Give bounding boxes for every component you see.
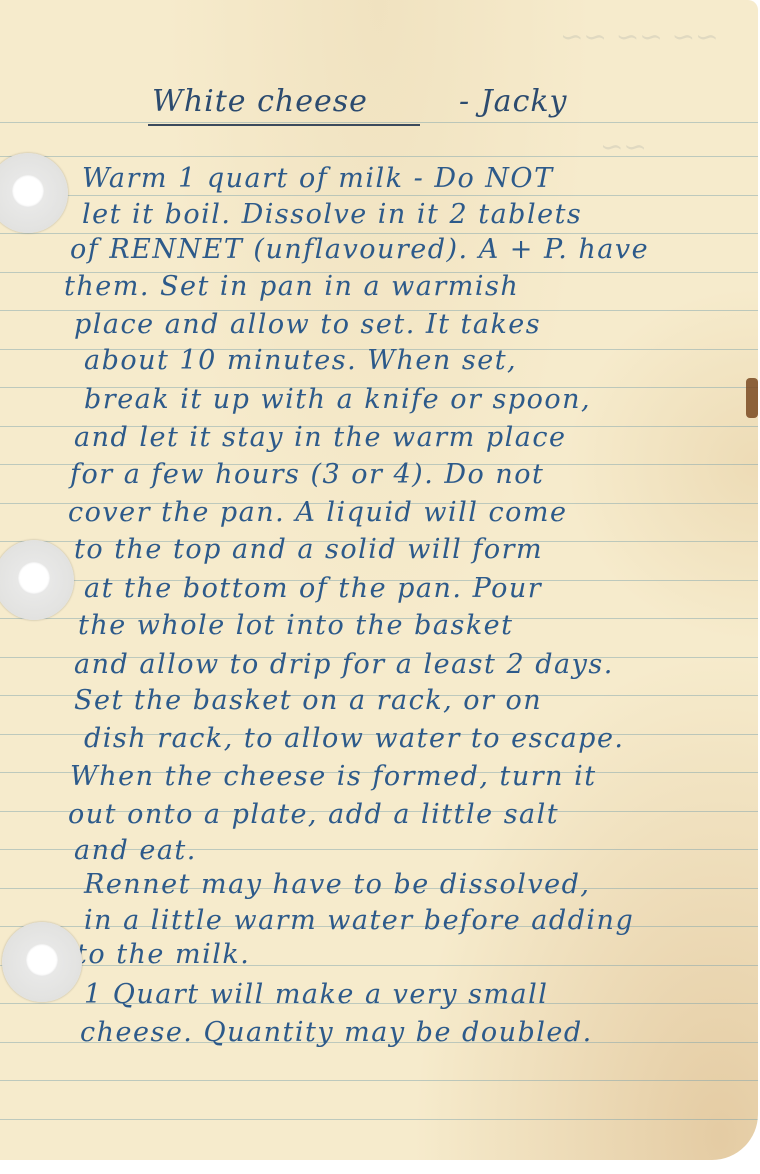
recipe-line: the whole lot into the basket [78, 611, 758, 641]
recipe-line: at the bottom of the pan. Pour [84, 574, 758, 604]
bleed-through-text: ~~ [600, 130, 647, 163]
recipe-line: Warm 1 quart of milk - Do NOT [82, 164, 758, 194]
stain-mark [746, 378, 758, 418]
recipe-line: them. Set in pan in a warmish [64, 272, 744, 302]
recipe-line: Rennet may have to be dissolved, [84, 870, 758, 900]
recipe-line: dish rack, to allow water to escape. [84, 724, 758, 754]
punch-hole [18, 562, 50, 594]
punch-hole [26, 944, 58, 976]
recipe-line: to the milk. [76, 940, 756, 970]
recipe-line: break it up with a knife or spoon, [84, 385, 758, 415]
ruled-line [0, 122, 758, 123]
recipe-line: about 10 minutes. When set, [84, 346, 758, 376]
title-underline [148, 124, 420, 126]
bleed-through-text: ~~ ~~ ~~ [560, 20, 719, 53]
recipe-line: and let it stay in the warm place [74, 423, 754, 453]
punch-hole [12, 175, 44, 207]
recipe-line: of RENNET (unflavoured). A + P. have [70, 235, 750, 265]
recipe-title-row: White cheese - Jacky [152, 84, 612, 119]
recipe-line: in a little warm water before adding [84, 906, 758, 936]
recipe-author: - Jacky [459, 84, 568, 119]
recipe-title: White cheese [152, 84, 368, 119]
recipe-line: cheese. Quantity may be doubled. [80, 1018, 758, 1048]
recipe-line: for a few hours (3 or 4). Do not [70, 460, 750, 490]
recipe-line: Set the basket on a rack, or on [74, 686, 754, 716]
recipe-line: to the top and a solid will form [74, 535, 754, 565]
recipe-line: place and allow to set. It takes [74, 310, 754, 340]
recipe-line: When the cheese is formed, turn it [70, 762, 750, 792]
hole-reinforcement [2, 922, 82, 1002]
recipe-line: out onto a plate, add a little salt [68, 800, 748, 830]
recipe-line: 1 Quart will make a very small [84, 980, 758, 1010]
ruled-line [0, 195, 758, 196]
recipe-line: let it boil. Dissolve in it 2 tablets [82, 200, 758, 230]
recipe-line: and allow to drip for a least 2 days. [74, 650, 754, 680]
recipe-line: and eat. [74, 836, 754, 866]
recipe-line: cover the pan. A liquid will come [68, 498, 748, 528]
ruled-line [0, 1119, 758, 1120]
recipe-card: ~~ ~~ ~~ ~~ White cheese - Jacky Warm 1 … [0, 0, 758, 1160]
ruled-line [0, 1080, 758, 1081]
